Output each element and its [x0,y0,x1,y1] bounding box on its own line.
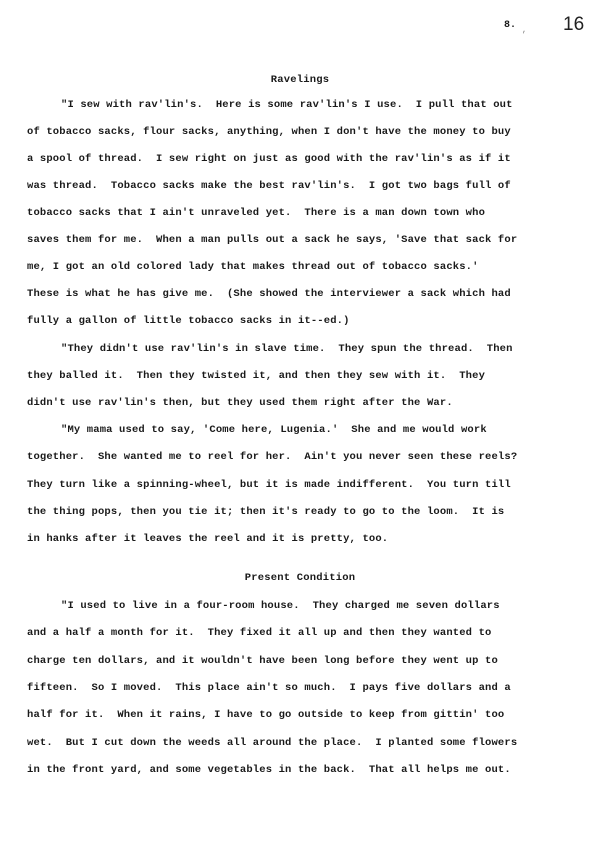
text-line: charge ten dollars, and it wouldn't have… [27,655,498,667]
page-number: 16 [563,14,584,36]
text-line: fifteen. So I moved. This place ain't so… [27,682,511,694]
section-heading-ravelings: Ravelings [0,74,600,86]
text-line: me, I got an old colored lady that makes… [27,261,479,273]
text-line: in hanks after it leaves the reel and it… [27,533,388,545]
section-mark: 8. [504,20,516,31]
text-line: a spool of thread. I sew right on just a… [27,153,511,165]
text-line: "They didn't use rav'lin's in slave time… [61,343,513,355]
text-line: in the front yard, and some vegetables i… [27,764,511,776]
page-header: 8. , 16 [0,12,600,42]
text-line: the thing pops, then you tie it; then it… [27,506,504,518]
text-line: together. She wanted me to reel for her.… [27,451,517,463]
text-line: and a half a month for it. They fixed it… [27,627,491,639]
text-line: They turn like a spinning-wheel, but it … [27,479,511,491]
section-heading-present-condition: Present Condition [0,572,600,584]
text-line: These is what he has give me. (She showe… [27,288,511,300]
text-line: of tobacco sacks, flour sacks, anything,… [27,126,511,138]
text-line: they balled it. Then they twisted it, an… [27,370,485,382]
text-line: was thread. Tobacco sacks make the best … [27,180,511,192]
text-line: didn't use rav'lin's then, but they used… [27,397,453,409]
text-line: half for it. When it rains, I have to go… [27,709,504,721]
text-line: tobacco sacks that I ain't unraveled yet… [27,207,485,219]
text-line: "I used to live in a four-room house. Th… [61,600,500,612]
text-line: "I sew with rav'lin's. Here is some rav'… [61,99,513,111]
tick-mark: , [522,26,527,35]
text-line: fully a gallon of little tobacco sacks i… [27,315,350,327]
text-line: wet. But I cut down the weeds all around… [27,737,517,749]
text-line: saves them for me. When a man pulls out … [27,234,517,246]
text-line: "My mama used to say, 'Come here, Lugeni… [61,424,487,436]
